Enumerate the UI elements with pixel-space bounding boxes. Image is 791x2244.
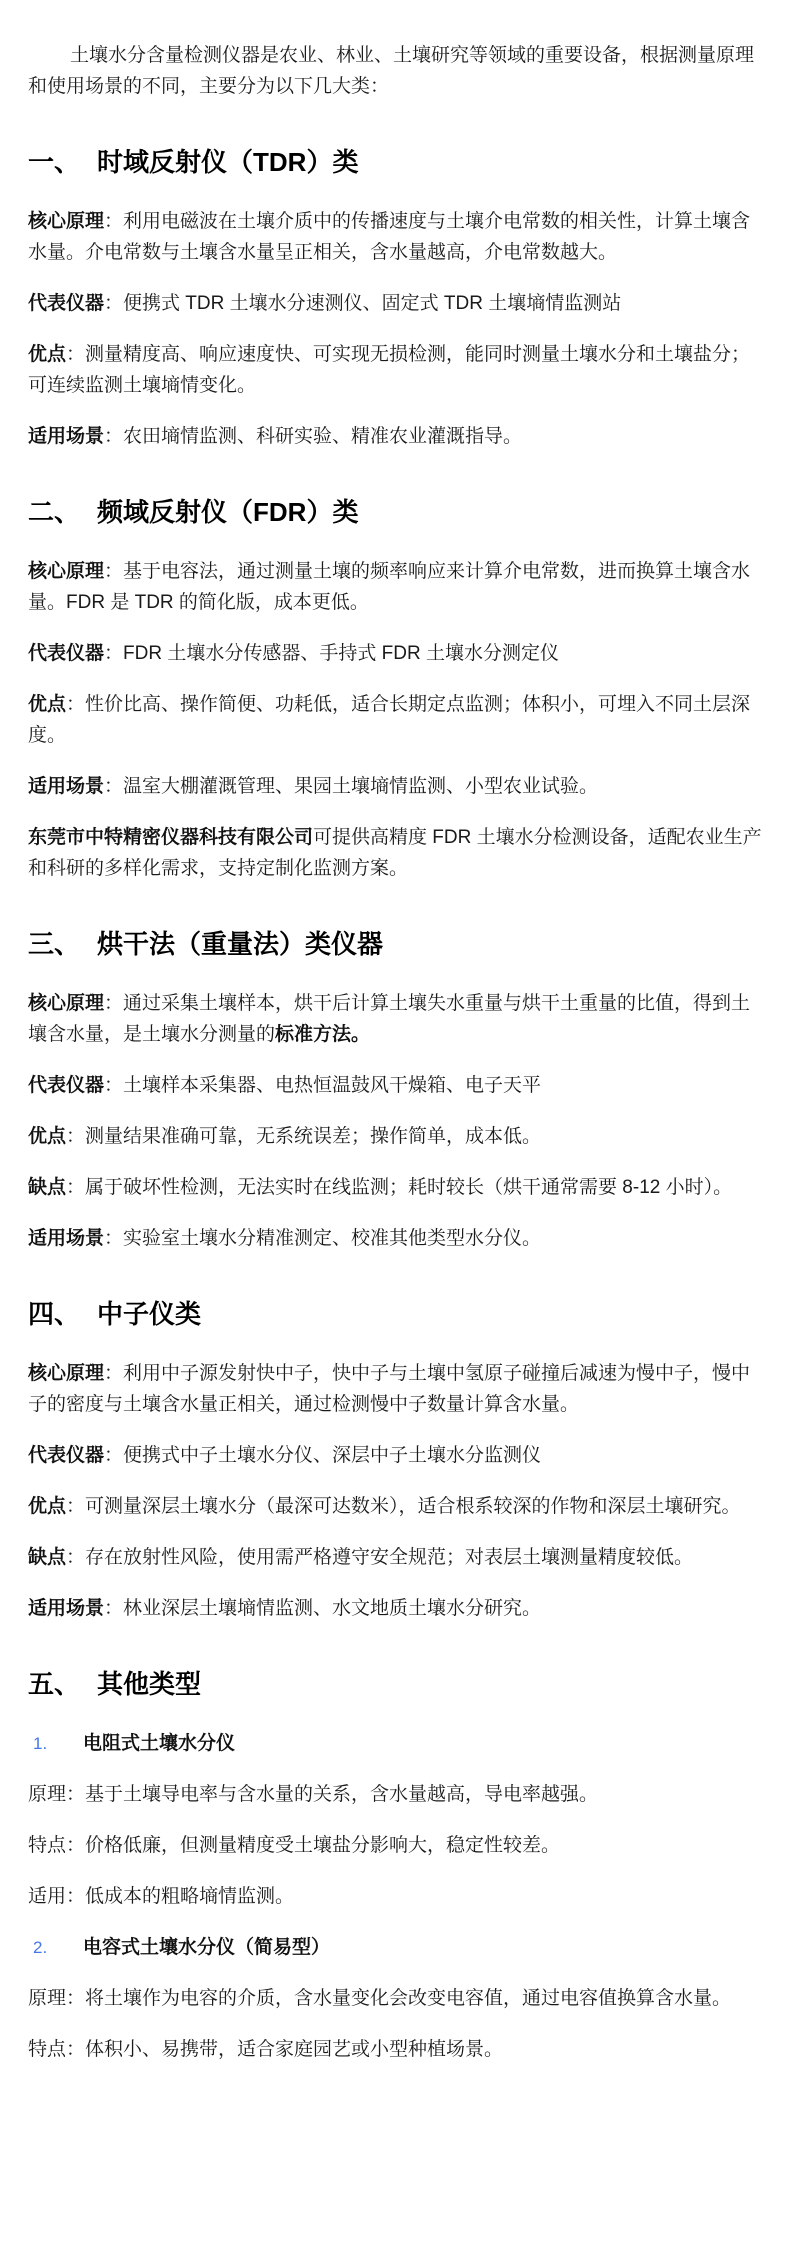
bold-text: 适用场景: [28, 426, 104, 447]
text-run: 原理：将土壤作为电容的介质，含水量变化会改变电容值，通过电容值换算含水量。: [28, 1988, 731, 2009]
bold-text: 东莞市中特精密仪器科技有限公司: [28, 827, 313, 848]
text-run: ：利用中子源发射快中子，快中子与土壤中氢原子碰撞后减速为慢中子，慢中子的密度与土…: [28, 1363, 750, 1415]
paragraph: 原理：将土壤作为电容的介质，含水量变化会改变电容值，通过电容值换算含水量。: [28, 1983, 765, 2014]
bold-text: 优点: [28, 1496, 66, 1517]
text-run: ：存在放射性风险，使用需严格遵守安全规范；对表层土壤测量精度较低。: [66, 1547, 693, 1568]
paragraph: 优点：性价比高、操作简便、功耗低，适合长期定点监测；体积小，可埋入不同土层深度。: [28, 689, 765, 751]
text-run: ：农田墒情监测、科研实验、精准农业灌溉指导。: [104, 426, 522, 447]
text-run: ：利用电磁波在土壤介质中的传播速度与土壤介电常数的相关性，计算土壤含水量。介电常…: [28, 211, 750, 263]
text-run: ：林业深层土壤墒情监测、水文地质土壤水分研究。: [104, 1598, 541, 1619]
bold-text: 标准方法。: [275, 1024, 370, 1045]
text-run: ：基于电容法，通过测量土壤的频率响应来计算介电常数，进而换算土壤含水量。FDR …: [28, 561, 750, 613]
bold-text: 优点: [28, 344, 66, 365]
bold-text: 核心原理: [28, 211, 104, 232]
bold-text: 缺点: [28, 1547, 66, 1568]
bold-text: 优点: [28, 1126, 66, 1147]
section-number: 一、: [28, 147, 80, 177]
paragraph: 优点：测量结果准确可靠，无系统误差；操作简单，成本低。: [28, 1121, 765, 1152]
paragraph: 东莞市中特精密仪器科技有限公司可提供高精度 FDR 土壤水分检测设备，适配农业生…: [28, 822, 765, 884]
text-run: ：FDR 土壤水分传感器、手持式 FDR 土壤水分测定仪: [104, 643, 559, 664]
document-body: 一、时域反射仪（TDR）类核心原理：利用电磁波在土壤介质中的传播速度与土壤介电常…: [28, 144, 765, 2065]
list-item-heading: 2.电容式土壤水分仪（简易型）: [28, 1932, 765, 1963]
paragraph: 优点：测量精度高、响应速度快、可实现无损检测，能同时测量土壤水分和土壤盐分；可连…: [28, 339, 765, 401]
paragraph: 代表仪器：土壤样本采集器、电热恒温鼓风干燥箱、电子天平: [28, 1070, 765, 1101]
list-item-title: 电阻式土壤水分仪: [83, 1733, 235, 1754]
paragraph: 核心原理：利用中子源发射快中子，快中子与土壤中氢原子碰撞后减速为慢中子，慢中子的…: [28, 1358, 765, 1420]
bold-text: 适用场景: [28, 1598, 104, 1619]
text-run: ：实验室土壤水分精准测定、校准其他类型水分仪。: [104, 1228, 541, 1249]
paragraph: 适用场景：农田墒情监测、科研实验、精准农业灌溉指导。: [28, 421, 765, 452]
paragraph: 适用场景：实验室土壤水分精准测定、校准其他类型水分仪。: [28, 1223, 765, 1254]
paragraph: 代表仪器：便携式 TDR 土壤水分速测仪、固定式 TDR 土壤墒情监测站: [28, 288, 765, 319]
text-run: 特点：价格低廉，但测量精度受土壤盐分影响大，稳定性较差。: [28, 1835, 560, 1856]
paragraph: 适用场景：温室大棚灌溉管理、果园土壤墒情监测、小型农业试验。: [28, 771, 765, 802]
paragraph: 原理：基于土壤导电率与含水量的关系，含水量越高，导电率越强。: [28, 1779, 765, 1810]
paragraph: 特点：价格低廉，但测量精度受土壤盐分影响大，稳定性较差。: [28, 1830, 765, 1861]
section-title: 其他类型: [97, 1669, 201, 1699]
document-page: 土壤水分含量检测仪器是农业、林业、土壤研究等领域的重要设备，根据测量原理和使用场…: [0, 0, 791, 2244]
section-number: 四、: [28, 1299, 80, 1329]
paragraph: 核心原理：基于电容法，通过测量土壤的频率响应来计算介电常数，进而换算土壤含水量。…: [28, 556, 765, 618]
section-number: 三、: [28, 929, 80, 959]
text-run: ：土壤样本采集器、电热恒温鼓风干燥箱、电子天平: [104, 1075, 541, 1096]
section-title: 中子仪类: [97, 1299, 201, 1329]
paragraph: 核心原理：利用电磁波在土壤介质中的传播速度与土壤介电常数的相关性，计算土壤含水量…: [28, 206, 765, 268]
text-run: ：属于破坏性检测，无法实时在线监测；耗时较长（烘干通常需要 8-12 小时）。: [66, 1177, 732, 1198]
section-heading: 五、其他类型: [28, 1666, 765, 1702]
section-number: 五、: [28, 1669, 80, 1699]
section-heading: 一、时域反射仪（TDR）类: [28, 144, 765, 180]
paragraph: 优点：可测量深层土壤水分（最深可达数米），适合根系较深的作物和深层土壤研究。: [28, 1491, 765, 1522]
section-heading: 二、频域反射仪（FDR）类: [28, 494, 765, 530]
intro-paragraph: 土壤水分含量检测仪器是农业、林业、土壤研究等领域的重要设备，根据测量原理和使用场…: [28, 40, 765, 102]
paragraph: 核心原理：通过采集土壤样本，烘干后计算土壤失水重量与烘干土重量的比值，得到土壤含…: [28, 988, 765, 1050]
text-run: ：测量精度高、响应速度快、可实现无损检测，能同时测量土壤水分和土壤盐分；可连续监…: [28, 344, 750, 396]
text-run: ：便携式中子土壤水分仪、深层中子土壤水分监测仪: [104, 1445, 541, 1466]
text-run: ：测量结果准确可靠，无系统误差；操作简单，成本低。: [66, 1126, 541, 1147]
text-run: ：性价比高、操作简便、功耗低，适合长期定点监测；体积小，可埋入不同土层深度。: [28, 694, 750, 746]
paragraph: 特点：体积小、易携带，适合家庭园艺或小型种植场景。: [28, 2034, 765, 2065]
paragraph: 代表仪器：FDR 土壤水分传感器、手持式 FDR 土壤水分测定仪: [28, 638, 765, 669]
text-run: ：可测量深层土壤水分（最深可达数米），适合根系较深的作物和深层土壤研究。: [66, 1496, 741, 1517]
text-run: ：通过采集土壤样本，烘干后计算土壤失水重量与烘干土重量的比值，得到土壤含水量，是…: [28, 993, 750, 1045]
bold-text: 代表仪器: [28, 1075, 104, 1096]
bold-text: 核心原理: [28, 561, 104, 582]
bold-text: 代表仪器: [28, 643, 104, 664]
text-run: 特点：体积小、易携带，适合家庭园艺或小型种植场景。: [28, 2039, 503, 2060]
paragraph: 缺点：属于破坏性检测，无法实时在线监测；耗时较长（烘干通常需要 8-12 小时）…: [28, 1172, 765, 1203]
paragraph: 代表仪器：便携式中子土壤水分仪、深层中子土壤水分监测仪: [28, 1440, 765, 1471]
text-run: ：温室大棚灌溉管理、果园土壤墒情监测、小型农业试验。: [104, 776, 598, 797]
text-run: 土壤水分含量检测仪器是农业、林业、土壤研究等领域的重要设备，根据测量原理和使用场…: [28, 45, 754, 97]
text-run: ：便携式 TDR 土壤水分速测仪、固定式 TDR 土壤墒情监测站: [104, 293, 621, 314]
paragraph: 适用：低成本的粗略墒情监测。: [28, 1881, 765, 1912]
text-run: 原理：基于土壤导电率与含水量的关系，含水量越高，导电率越强。: [28, 1784, 598, 1805]
bold-text: 优点: [28, 694, 66, 715]
list-item-heading: 1.电阻式土壤水分仪: [28, 1728, 765, 1759]
list-item-number: 2.: [28, 1932, 83, 1963]
bold-text: 适用场景: [28, 1228, 104, 1249]
section-number: 二、: [28, 497, 80, 527]
section-title: 烘干法（重量法）类仪器: [97, 929, 383, 959]
bold-text: 代表仪器: [28, 293, 104, 314]
bold-text: 适用场景: [28, 776, 104, 797]
section-heading: 四、中子仪类: [28, 1296, 765, 1332]
bold-text: 代表仪器: [28, 1445, 104, 1466]
section-title: 频域反射仪（FDR）类: [97, 497, 358, 527]
section-heading: 三、烘干法（重量法）类仪器: [28, 926, 765, 962]
paragraph: 适用场景：林业深层土壤墒情监测、水文地质土壤水分研究。: [28, 1593, 765, 1624]
text-run: 适用：低成本的粗略墒情监测。: [28, 1886, 294, 1907]
bold-text: 缺点: [28, 1177, 66, 1198]
paragraph: 缺点：存在放射性风险，使用需严格遵守安全规范；对表层土壤测量精度较低。: [28, 1542, 765, 1573]
bold-text: 核心原理: [28, 1363, 104, 1384]
list-item-title: 电容式土壤水分仪（简易型）: [83, 1937, 330, 1958]
section-title: 时域反射仪（TDR）类: [97, 147, 358, 177]
list-item-number: 1.: [28, 1728, 83, 1759]
bold-text: 核心原理: [28, 993, 104, 1014]
